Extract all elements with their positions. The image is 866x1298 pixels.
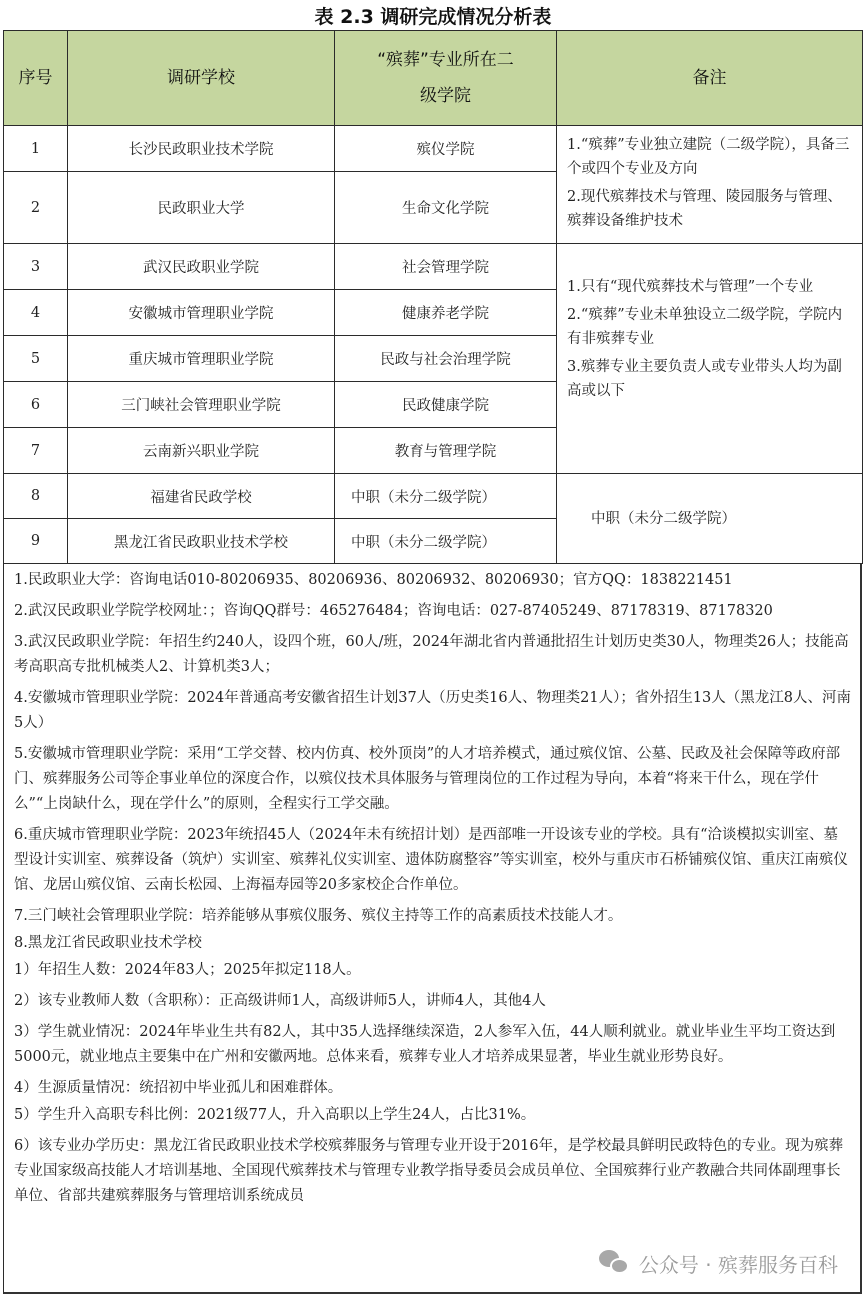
note-subitem: 2）该专业教师人数（含职称）：正高级讲师1人，高级讲师5人，讲师4人，其他4人: [14, 989, 852, 1014]
survey-table: 序号 调研学校 “殡葬”专业所在二 级学院 备注 1 长沙民政职业技术学院 殡仪…: [3, 30, 863, 564]
row-school: 福建省民政学校: [68, 474, 335, 519]
header-school: 调研学校: [68, 31, 335, 126]
row-index: 8: [4, 474, 68, 519]
row-school: 长沙民政职业技术学院: [68, 126, 335, 172]
note-subitem: 3）学生就业情况：2024年毕业生共有82人，其中35人选择继续深造，2人参军入…: [14, 1020, 852, 1070]
header-college-line1: “殡葬”专业所在二: [335, 42, 556, 78]
remark-group-2: 1.只有“现代殡葬技术与管理”一个专业 2.“殡葬”专业未单独设立二级学院，学院…: [557, 244, 863, 474]
row-college: 民政健康学院: [335, 382, 557, 428]
row-index: 7: [4, 428, 68, 474]
remark-item: 1.只有“现代殡葬技术与管理”一个专业: [567, 275, 852, 299]
row-index: 3: [4, 244, 68, 290]
header-index: 序号: [4, 31, 68, 126]
remark-group-1: 1.“殡葬”专业独立建院（二级学院），具备三个或四个专业及方向 2.现代殡葬技术…: [557, 126, 863, 244]
table-header-row: 序号 调研学校 “殡葬”专业所在二 级学院 备注: [4, 31, 863, 126]
note-item: 6.重庆城市管理职业学院：2023年统招45人（2024年未有统招计划）是西部唯…: [14, 823, 852, 898]
note-item: 8.黑龙江省民政职业技术学校: [14, 931, 852, 956]
row-college: 生命文化学院: [335, 172, 557, 244]
row-college: 健康养老学院: [335, 290, 557, 336]
row-index: 9: [4, 519, 68, 564]
note-subitem: 6）该专业办学历史：黑龙江省民政职业技术学校殡葬服务与管理专业开设于2016年，…: [14, 1134, 852, 1209]
row-school: 三门峡社会管理职业学院: [68, 382, 335, 428]
header-college-line2: 级学院: [335, 78, 556, 114]
header-college: “殡葬”专业所在二 级学院: [335, 31, 557, 126]
table-title: 表 2.3 调研完成情况分析表: [0, 4, 866, 30]
note-item: 5.安徽城市管理职业学院：采用“工学交替、校内仿真、校外顶岗”的人才培养模式，通…: [14, 742, 852, 817]
remark-item: 1.“殡葬”专业独立建院（二级学院），具备三个或四个专业及方向: [567, 133, 852, 181]
table-row: 3 武汉民政职业学院 社会管理学院 1.只有“现代殡葬技术与管理”一个专业 2.…: [4, 244, 863, 290]
row-school: 民政职业大学: [68, 172, 335, 244]
row-index: 1: [4, 126, 68, 172]
row-school: 重庆城市管理职业学院: [68, 336, 335, 382]
watermark-text: 公众号 · 殡葬服务百科: [639, 1249, 838, 1278]
note-item: 1.民政职业大学：咨询电话010-80206935、80206936、80206…: [14, 568, 852, 593]
watermark: 公众号 · 殡葬服务百科: [599, 1248, 838, 1278]
row-index: 6: [4, 382, 68, 428]
row-college: 殡仪学院: [335, 126, 557, 172]
row-school: 云南新兴职业学院: [68, 428, 335, 474]
row-school: 武汉民政职业学院: [68, 244, 335, 290]
header-remark: 备注: [557, 31, 863, 126]
table-row: 1 长沙民政职业技术学院 殡仪学院 1.“殡葬”专业独立建院（二级学院），具备三…: [4, 126, 863, 172]
note-item: 4.安徽城市管理职业学院：2024年普通高考安徽省招生计划37人（历史类16人、…: [14, 686, 852, 736]
note-subitem: 5）学生升入高职专科比例：2021级77人，升入高职以上学生24人，占比31%。: [14, 1103, 852, 1128]
row-college: 教育与管理学院: [335, 428, 557, 474]
row-index: 4: [4, 290, 68, 336]
row-college: 中职（未分二级学院）: [335, 474, 557, 519]
note-subitem: 4）生源质量情况：统招初中毕业孤儿和困难群体。: [14, 1076, 852, 1101]
remark-item: 2.“殡葬”专业未单独设立二级学院，学院内有非殡葬专业: [567, 303, 852, 351]
row-school: 安徽城市管理职业学院: [68, 290, 335, 336]
notes-section: 1.民政职业大学：咨询电话010-80206935、80206936、80206…: [3, 564, 862, 1294]
row-index: 5: [4, 336, 68, 382]
wechat-icon: [599, 1250, 631, 1276]
remark-item: 3.殡葬专业主要负责人或专业带头人均为副高或以下: [567, 355, 852, 403]
remark-group-3: 中职（未分二级学院）: [557, 474, 863, 564]
note-subitem: 1）年招生人数：2024年83人；2025年拟定118人。: [14, 958, 852, 983]
note-item: 3.武汉民政职业学院：年招生约240人，设四个班，60人/班，2024年湖北省内…: [14, 630, 852, 680]
remark-item: 2.现代殡葬技术与管理、陵园服务与管理、殡葬设备维护技术: [567, 185, 852, 233]
row-index: 2: [4, 172, 68, 244]
row-college: 社会管理学院: [335, 244, 557, 290]
note-item: 2.武汉民政职业学院学校网址：；咨询QQ群号：465276484；咨询电话：02…: [14, 599, 852, 624]
note-item: 7.三门峡社会管理职业学院：培养能够从事殡仪服务、殡仪主持等工作的高素质技术技能…: [14, 904, 852, 929]
table-row: 8 福建省民政学校 中职（未分二级学院） 中职（未分二级学院）: [4, 474, 863, 519]
row-college: 民政与社会治理学院: [335, 336, 557, 382]
row-school: 黑龙江省民政职业技术学校: [68, 519, 335, 564]
row-college: 中职（未分二级学院）: [335, 519, 557, 564]
